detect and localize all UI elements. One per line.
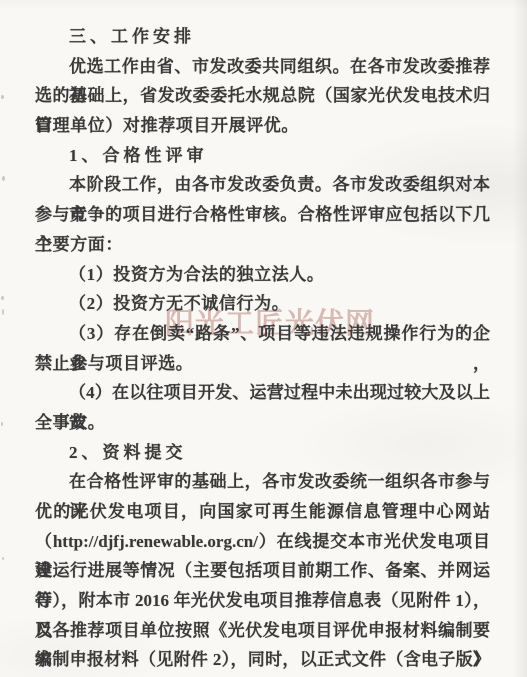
text-line: （http://djfj.renewable.org.cn/）在线提交本市光伏发… [35, 527, 490, 557]
text-line: 优的光伏发电项目，向国家可再生能源信息管理中心网站 [35, 497, 490, 527]
document-body: 三、工作安排优选工作由省、市发改委共同组织。在各市发改委推荐初选的基础上，省发改… [0, 22, 527, 675]
text-line: （3）存在倒卖“路条”、项目等违法违规操作行为的企业， [35, 319, 490, 349]
text-line: 等），附本市 2016 年光伏发电项目推荐信息表（见附件 1），以 [35, 586, 490, 616]
text-line: 本阶段工作，由各市发改委负责。各市发改委组织对本市 [35, 170, 490, 200]
text-line: 管理单位）对推荐项目开展评优。 [35, 111, 490, 141]
text-line: 设运行进展等情况（主要包括项目前期工作、备案、并网运行 [35, 556, 490, 586]
scanned-document-page: 阳光工匠光伏网 三、工作安排优选工作由省、市发改委共同组织。在各市发改委推荐初选… [0, 0, 527, 677]
heading-line: 2、资料提交 [35, 438, 490, 468]
text-line: 及各推荐项目单位按照《光伏发电项目评优申报材料编制要求》 [35, 616, 490, 646]
text-line: 选的基础上，省发改委委托水规总院（国家光伏发电技术归口 [35, 81, 490, 111]
heading-line: 1、合格性评审 [35, 141, 490, 171]
text-line: 编制申报材料（见附件 2），同时，以正式文件（含电子版）报 [35, 645, 490, 675]
text-line: （4）在以往项目开发、运营过程中未出现过较大及以上安 [35, 378, 490, 408]
text-line: 在合格性评审的基础上，各市发改委统一组织各市参与评 [35, 467, 490, 497]
text-line: 参与竞争的项目进行合格性审核。合格性评审应包括以下几个 [35, 200, 490, 230]
heading-line: 三、工作安排 [35, 22, 490, 52]
text-line: （1）投资方为合法的独立法人。 [35, 260, 490, 290]
text-line: 主要方面： [35, 230, 490, 260]
text-line: 优选工作由省、市发改委共同组织。在各市发改委推荐初 [35, 52, 490, 82]
text-line: 全事故。 [35, 408, 490, 438]
text-line: （2）投资方无不诚信行为。 [35, 289, 490, 319]
